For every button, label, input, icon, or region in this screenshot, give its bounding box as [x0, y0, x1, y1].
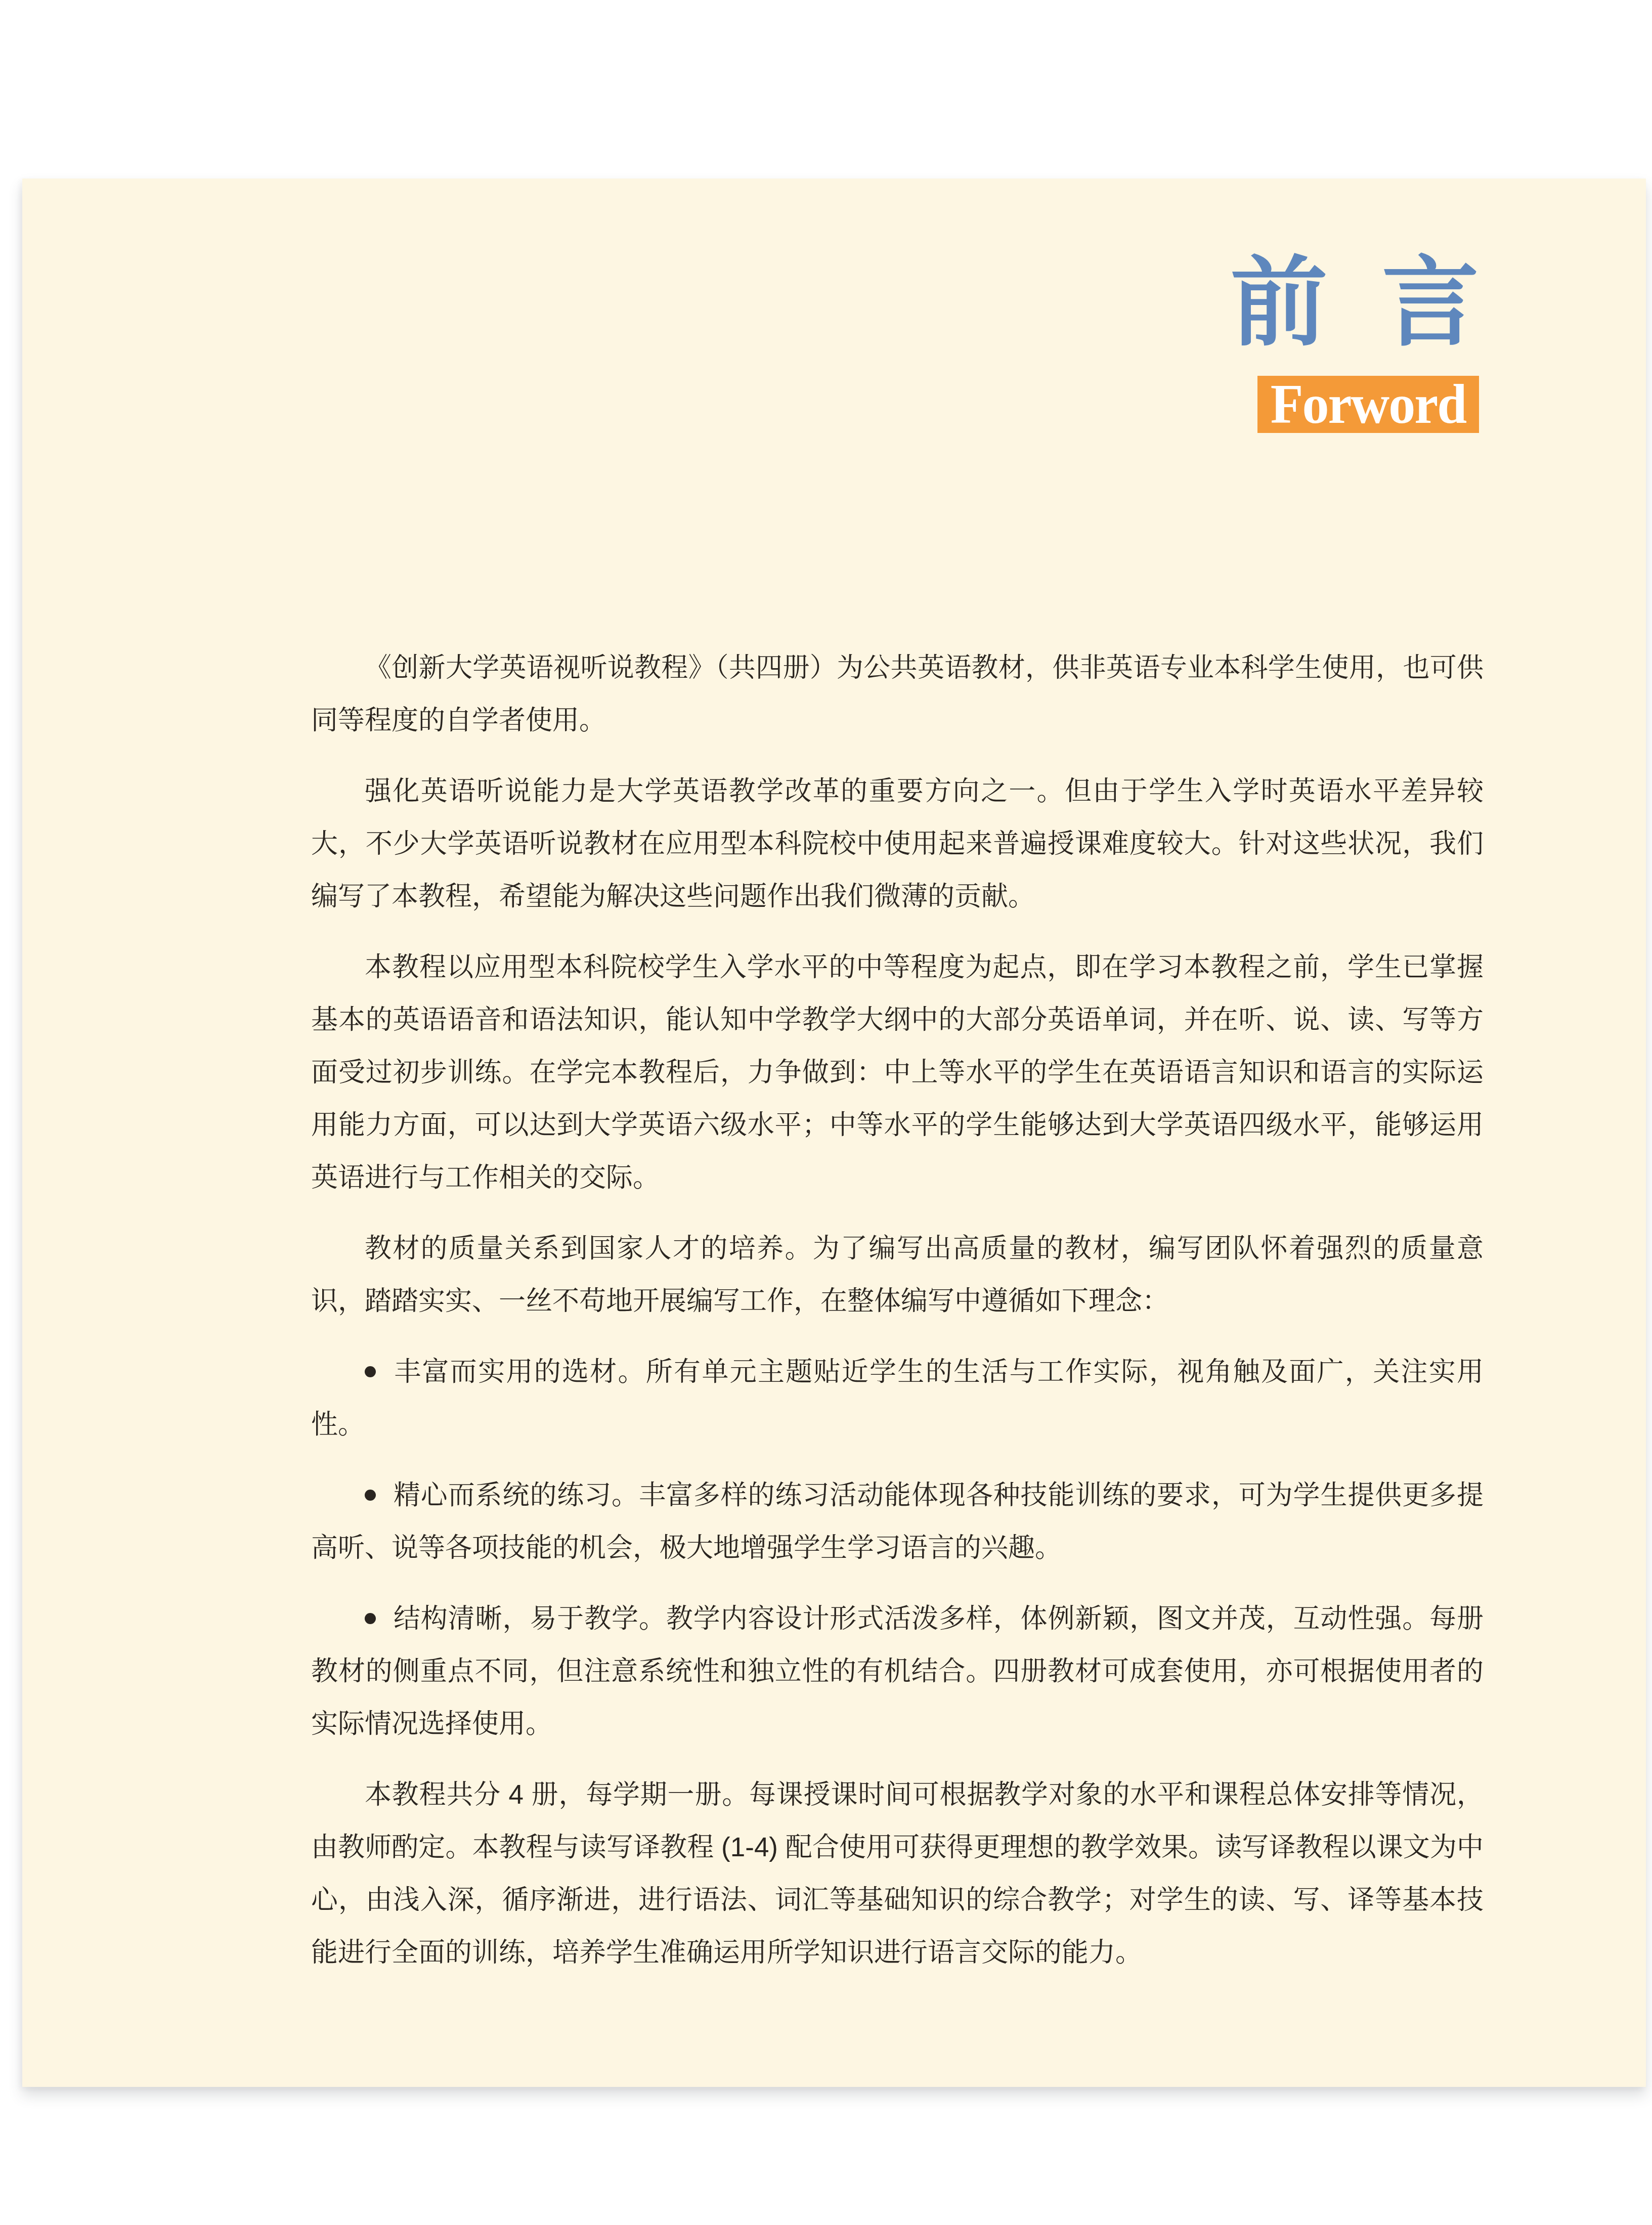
- forward-badge: Forword: [1257, 376, 1479, 433]
- bullet-item-exercises: 精心而系统的练习。丰富多样的练习活动能体现各种技能训练的要求，可为学生提供更多提…: [311, 1469, 1484, 1575]
- forward-badge-label: Forword: [1271, 376, 1466, 432]
- bullet-dot-icon: [365, 1490, 376, 1501]
- bullet-text-materials: 丰富而实用的选材。所有单元主题贴近学生的生活与工作实际，视角触及面广，关注实用性…: [311, 1357, 1484, 1439]
- paragraph-volumes: 本教程共分 4 册，每学期一册。每课授课时间可根据教学对象的水平和课程总体安排等…: [311, 1769, 1484, 1979]
- paragraph-quality: 教材的质量关系到国家人才的培养。为了编写出高质量的教材，编写团队怀着强烈的质量意…: [311, 1223, 1484, 1328]
- preface-page: 前言 Forword 《创新大学英语视听说教程》（共四册）为公共英语教材，供非英…: [22, 179, 1646, 2087]
- page-header: 前言 Forword: [1230, 254, 1479, 433]
- scan-background: 前言 Forword 《创新大学英语视听说教程》（共四册）为公共英语教材，供非英…: [0, 0, 1652, 2225]
- bullet-text-exercises: 精心而系统的练习。丰富多样的练习活动能体现各种技能训练的要求，可为学生提供更多提…: [311, 1480, 1484, 1563]
- bullet-item-materials: 丰富而实用的选材。所有单元主题贴近学生的生活与工作实际，视角触及面广，关注实用性…: [311, 1346, 1484, 1451]
- page-title: 前言: [1230, 254, 1533, 352]
- preface-content: 《创新大学英语视听说教程》（共四册）为公共英语教材，供非英语专业本科学生使用，也…: [311, 642, 1484, 1979]
- paragraph-goals: 本教程以应用型本科院校学生入学水平的中等程度为起点，即在学习本教程之前，学生已掌…: [311, 941, 1484, 1204]
- bullet-text-structure: 结构清晰，易于教学。教学内容设计形式活泼多样，体例新颖，图文并茂，互动性强。每册…: [311, 1604, 1484, 1739]
- bullet-dot-icon: [365, 1613, 376, 1624]
- bullet-item-structure: 结构清晰，易于教学。教学内容设计形式活泼多样，体例新颖，图文并茂，互动性强。每册…: [311, 1593, 1484, 1751]
- bullet-dot-icon: [365, 1366, 376, 1377]
- paragraph-intro: 《创新大学英语视听说教程》（共四册）为公共英语教材，供非英语专业本科学生使用，也…: [311, 642, 1484, 747]
- paragraph-background: 强化英语听说能力是大学英语教学改革的重要方向之一。但由于学生入学时英语水平差异较…: [311, 765, 1484, 923]
